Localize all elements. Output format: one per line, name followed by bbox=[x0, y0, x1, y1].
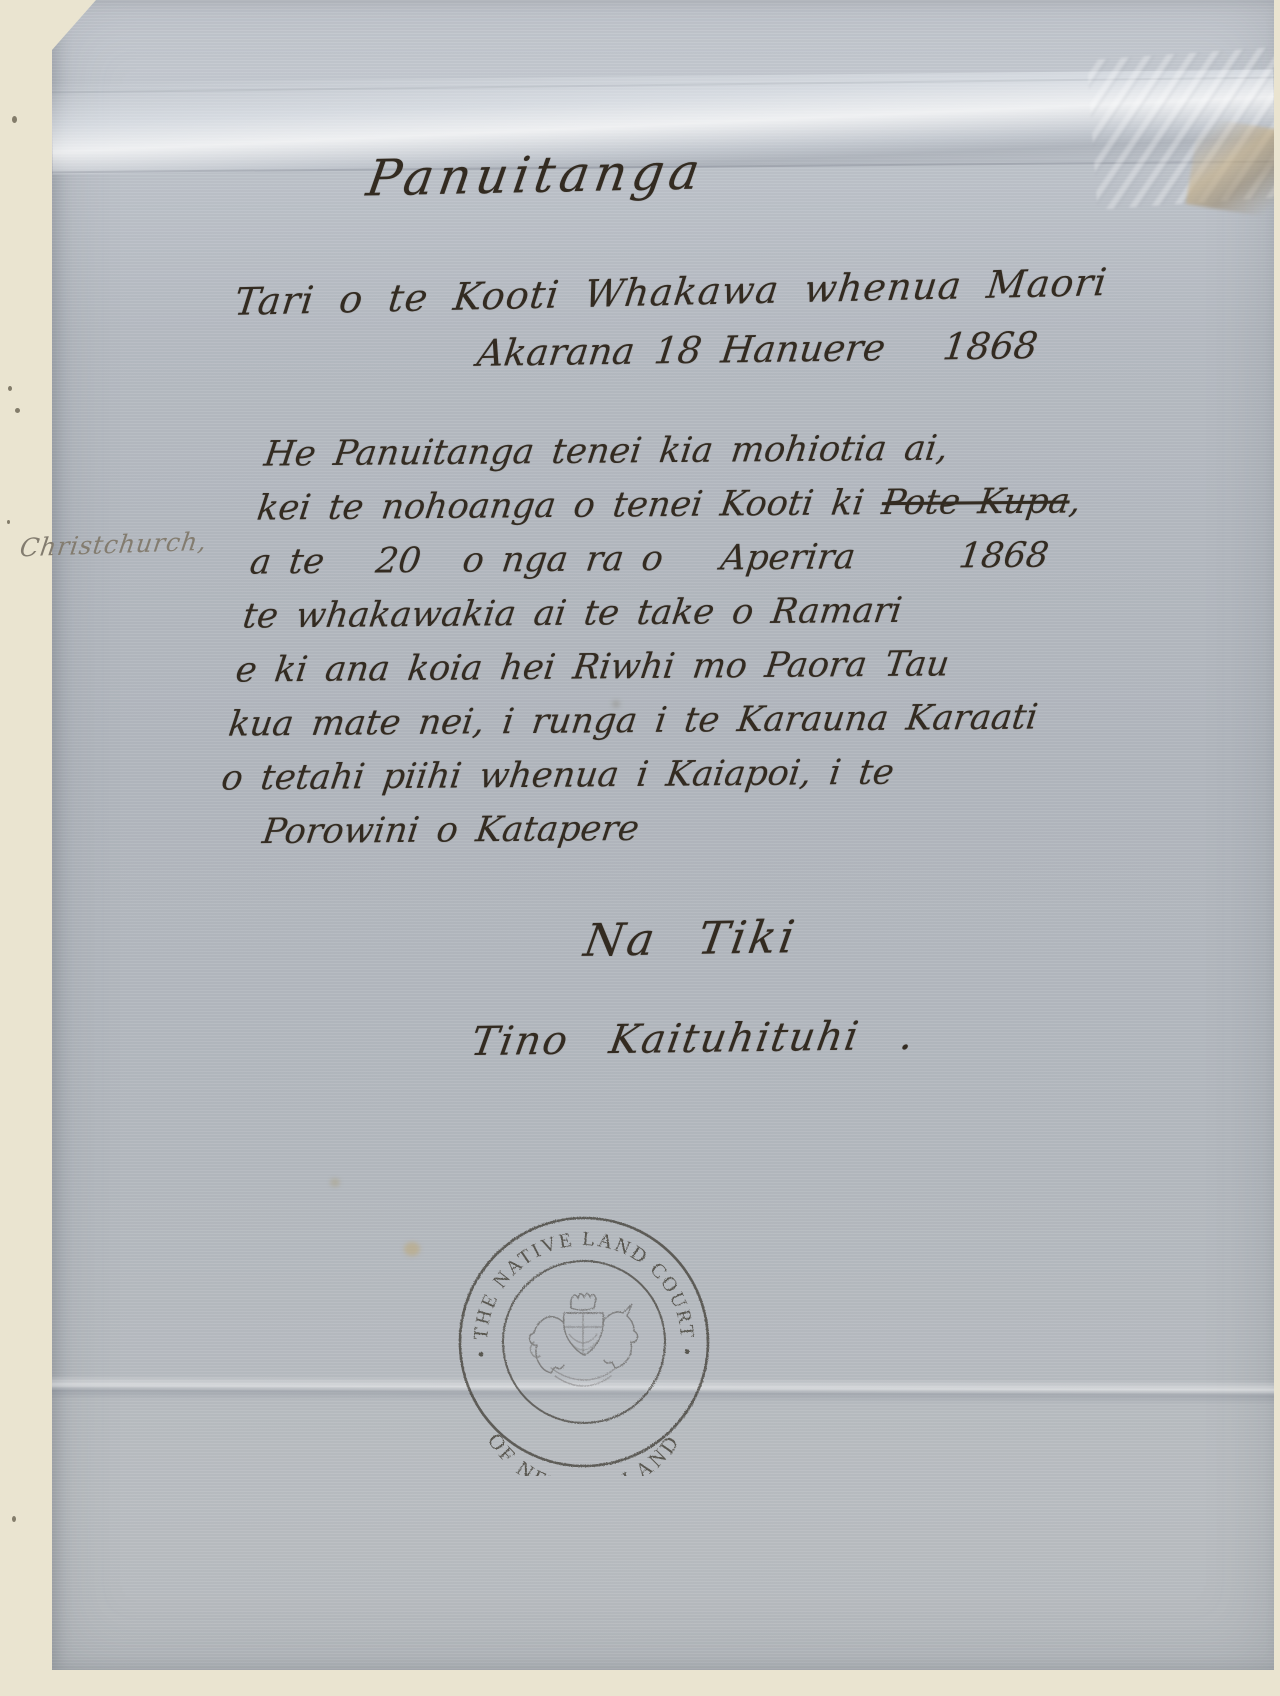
body-line: a te20o nga ra oAperira1868 bbox=[247, 528, 1078, 589]
backing-speck bbox=[12, 116, 17, 123]
stamp-bottom-text: OF NEW ZEALAND bbox=[483, 1429, 685, 1476]
backing-speck bbox=[8, 386, 12, 391]
gap bbox=[854, 567, 958, 568]
body-paragraph: He Panuitanga tenei kia mohiotia ai, kei… bbox=[211, 420, 1091, 859]
coat-of-arms-icon bbox=[530, 1294, 638, 1387]
body-line: Porowini o Katapere bbox=[211, 798, 1042, 859]
signature-name: Na Tiki bbox=[580, 910, 801, 967]
backing-speck bbox=[12, 1516, 16, 1522]
stamp-inner-ring bbox=[503, 1261, 665, 1423]
signature-role: Tino Kaituhituhi . bbox=[468, 1013, 919, 1065]
body-line: He Panuitanga tenei kia mohiotia ai, bbox=[261, 420, 1092, 481]
date-year: 1868 bbox=[941, 324, 1041, 368]
body-line: e ki ana koia hei Riwhi mo Paora Tau bbox=[232, 636, 1063, 697]
document-title: Panuitanga bbox=[363, 142, 709, 207]
stain bbox=[404, 1242, 420, 1256]
torn-edge bbox=[1186, 117, 1280, 219]
body-line-text: kei te nohoanga o tenei Kooti ki bbox=[255, 483, 885, 528]
hearing-month: Aperira bbox=[718, 537, 857, 578]
hearing-day: 20 bbox=[373, 541, 423, 581]
native-land-court-stamp: • THE NATIVE LAND COURT • OF NEW ZEALAND bbox=[450, 1208, 718, 1476]
date-place: Akarana 18 Hanuere bbox=[475, 326, 888, 375]
body-line: kei te nohoanga o tenei Kooti ki Pote Ku… bbox=[254, 474, 1085, 535]
body-line: o tetahi piihi whenua i Kaiapoi, i te bbox=[218, 744, 1049, 805]
backing-speck bbox=[7, 520, 10, 524]
body-line: te whakawakia ai te take o Ramari bbox=[240, 582, 1071, 643]
body-line-text: o nga ra o bbox=[460, 539, 665, 581]
gap bbox=[661, 569, 719, 570]
backing-speck bbox=[15, 408, 20, 413]
body-line-text: a te bbox=[248, 542, 327, 583]
date-line: Akarana 18 Hanuere1868 bbox=[475, 324, 1041, 375]
hearing-year: 1868 bbox=[957, 536, 1051, 577]
body-line: kua mate nei, i runga i te Karauna Karaa… bbox=[225, 690, 1056, 751]
struck-out-text: Pote Kupa bbox=[879, 482, 1072, 524]
stamp-outer-ring bbox=[460, 1218, 708, 1466]
stain bbox=[330, 1178, 340, 1187]
